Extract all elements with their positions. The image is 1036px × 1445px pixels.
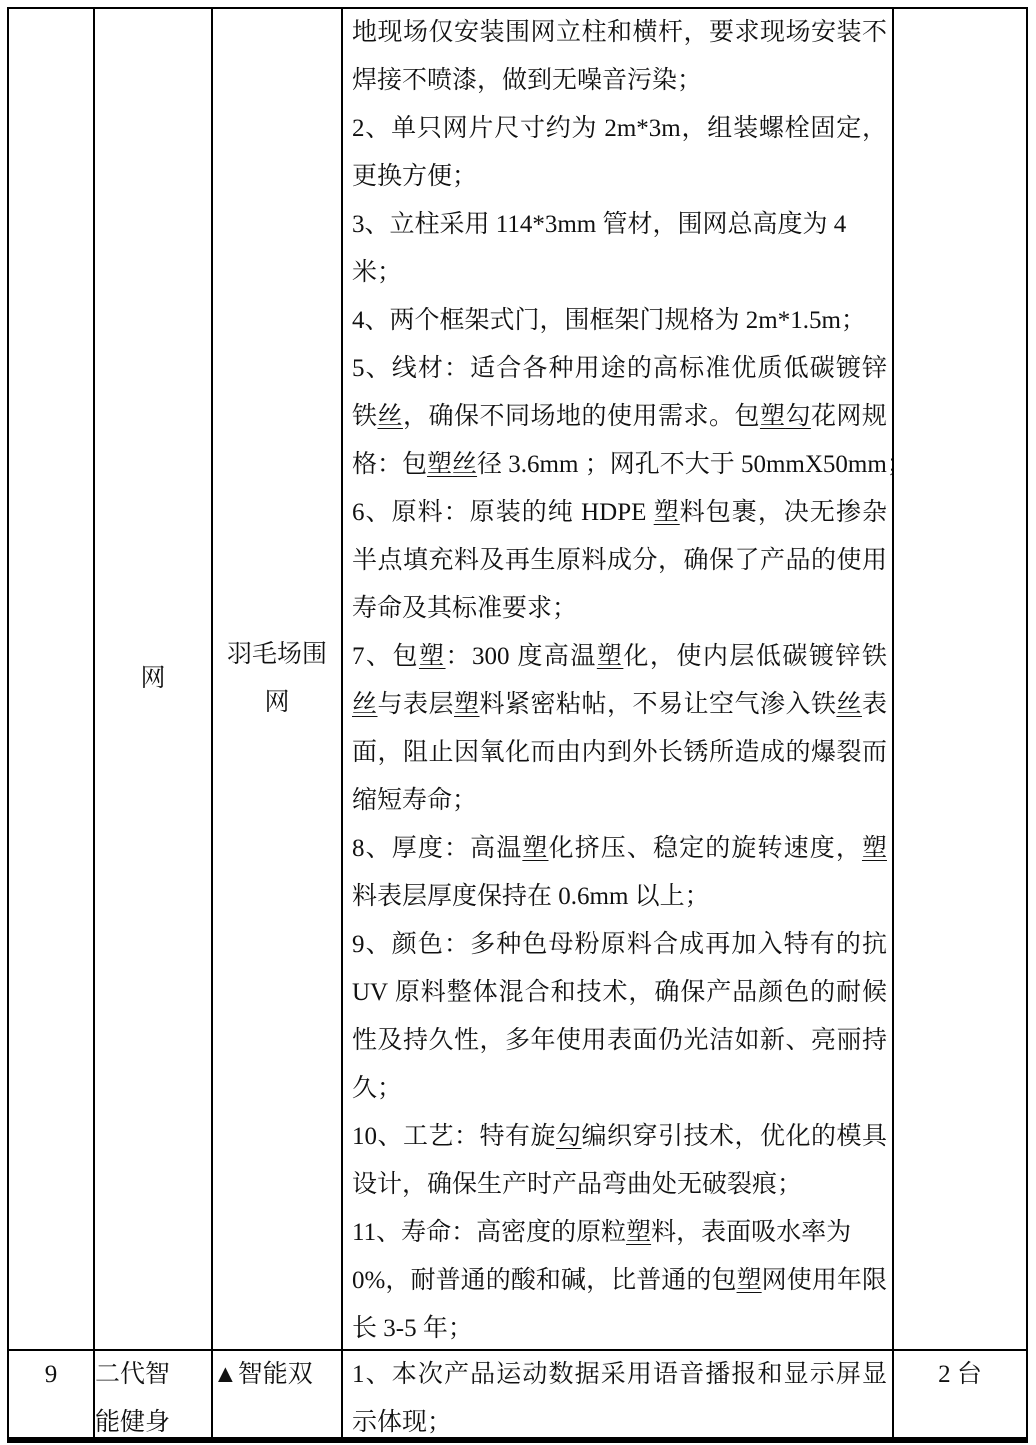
- row1-item-name-cell: 网: [95, 9, 213, 1351]
- row1-item-spec-cell: 羽毛场围网: [213, 9, 343, 1351]
- text-line: 更换方便；: [352, 153, 887, 201]
- text-line: 网: [140, 655, 165, 703]
- text-line: UV 原料整体混合和技术，确保产品颜色的耐候: [352, 969, 887, 1017]
- text-line: ▲智能双: [213, 1351, 341, 1399]
- row2-quantity-cell: 2 台: [894, 1351, 1026, 1437]
- text-line: 料表层厚度保持在 0.6mm 以上；: [352, 873, 887, 921]
- row2-item-description-cell: 1、本次产品运动数据采用语音播报和显示屏显示体现；: [343, 1351, 894, 1437]
- text-line: 性及持久性，多年使用表面仍光洁如新、亮丽持: [352, 1017, 887, 1065]
- text-line: 铁丝，确保不同场地的使用需求。包塑勾花网规: [352, 393, 887, 441]
- row1-number-cell: [9, 9, 95, 1351]
- text-line: 能健身: [95, 1399, 211, 1437]
- row2-number-cell: 9: [9, 1351, 95, 1437]
- text-line: 面，阻止因氧化而由内到外长锈所造成的爆裂而: [352, 729, 887, 777]
- text-line: 格：包塑丝径 3.6mm ；网孔不大于 50mmX50mm；: [352, 441, 887, 489]
- row2-item-spec-cell: ▲智能双: [213, 1351, 343, 1437]
- text-line: 2、单只网片尺寸约为 2m*3m，组装螺栓固定，: [352, 105, 887, 153]
- text-line: 二代智: [95, 1351, 211, 1399]
- text-line: 5、线材：适合各种用途的高标准优质低碳镀锌: [352, 345, 887, 393]
- text-line: 羽毛场围: [227, 631, 327, 679]
- text-line: 焊接不喷漆，做到无噪音污染；: [352, 57, 887, 105]
- text-line: 6、原料：原装的纯 HDPE 塑料包裹，决无掺杂: [352, 489, 887, 537]
- text-line: 半点填充料及再生原料成分，确保了产品的使用: [352, 537, 887, 585]
- text-line: 设计，确保生产时产品弯曲处无破裂痕；: [352, 1161, 887, 1209]
- text-line: 丝与表层塑料紧密粘帖，不易让空气渗入铁丝表: [352, 681, 887, 729]
- document-page: 网 羽毛场围网 地现场仅安装围网立柱和横杆，要求现场安装不焊接不喷漆，做到无噪音…: [0, 0, 1036, 1445]
- text-line: 长 3-5 年；: [352, 1305, 887, 1351]
- text-line: 7、包塑：300 度高温塑化，使内层低碳镀锌铁: [352, 633, 887, 681]
- text-line: 1、本次产品运动数据采用语音播报和显示屏显: [352, 1351, 887, 1399]
- text-line: 4、两个框架式门，围框架门规格为 2m*1.5m；: [352, 297, 887, 345]
- text-line: 寿命及其标准要求；: [352, 585, 887, 633]
- row1-quantity-cell: [894, 9, 1026, 1351]
- text-line: 示体现；: [352, 1399, 887, 1437]
- text-line: 地现场仅安装围网立柱和横杆，要求现场安装不: [352, 9, 887, 57]
- text-line: 11、寿命：高密度的原粒塑料，表面吸水率为: [352, 1209, 887, 1257]
- text-line: 9、颜色：多种色母粉原料合成再加入特有的抗: [352, 921, 887, 969]
- text-line: 8、厚度：高温塑化挤压、稳定的旋转速度，塑: [352, 825, 887, 873]
- text-line: 10、工艺：特有旋勾编织穿引技术，优化的模具: [352, 1113, 887, 1161]
- text-line: 网: [264, 679, 289, 727]
- text-line: 3、立柱采用 114*3mm 管材，围网总高度为 4: [352, 201, 887, 249]
- text-line: 缩短寿命；: [352, 777, 887, 825]
- row2-item-name-cell: 二代智能健身: [95, 1351, 213, 1437]
- spec-table: 网 羽毛场围网 地现场仅安装围网立柱和横杆，要求现场安装不焊接不喷漆，做到无噪音…: [7, 7, 1028, 1443]
- text-line: 久；: [352, 1065, 887, 1113]
- text-line: 0%，耐普通的酸和碱，比普通的包塑网使用年限: [352, 1257, 887, 1305]
- row1-item-description-cell: 地现场仅安装围网立柱和横杆，要求现场安装不焊接不喷漆，做到无噪音污染；2、单只网…: [343, 9, 894, 1351]
- text-line: 米；: [352, 249, 887, 297]
